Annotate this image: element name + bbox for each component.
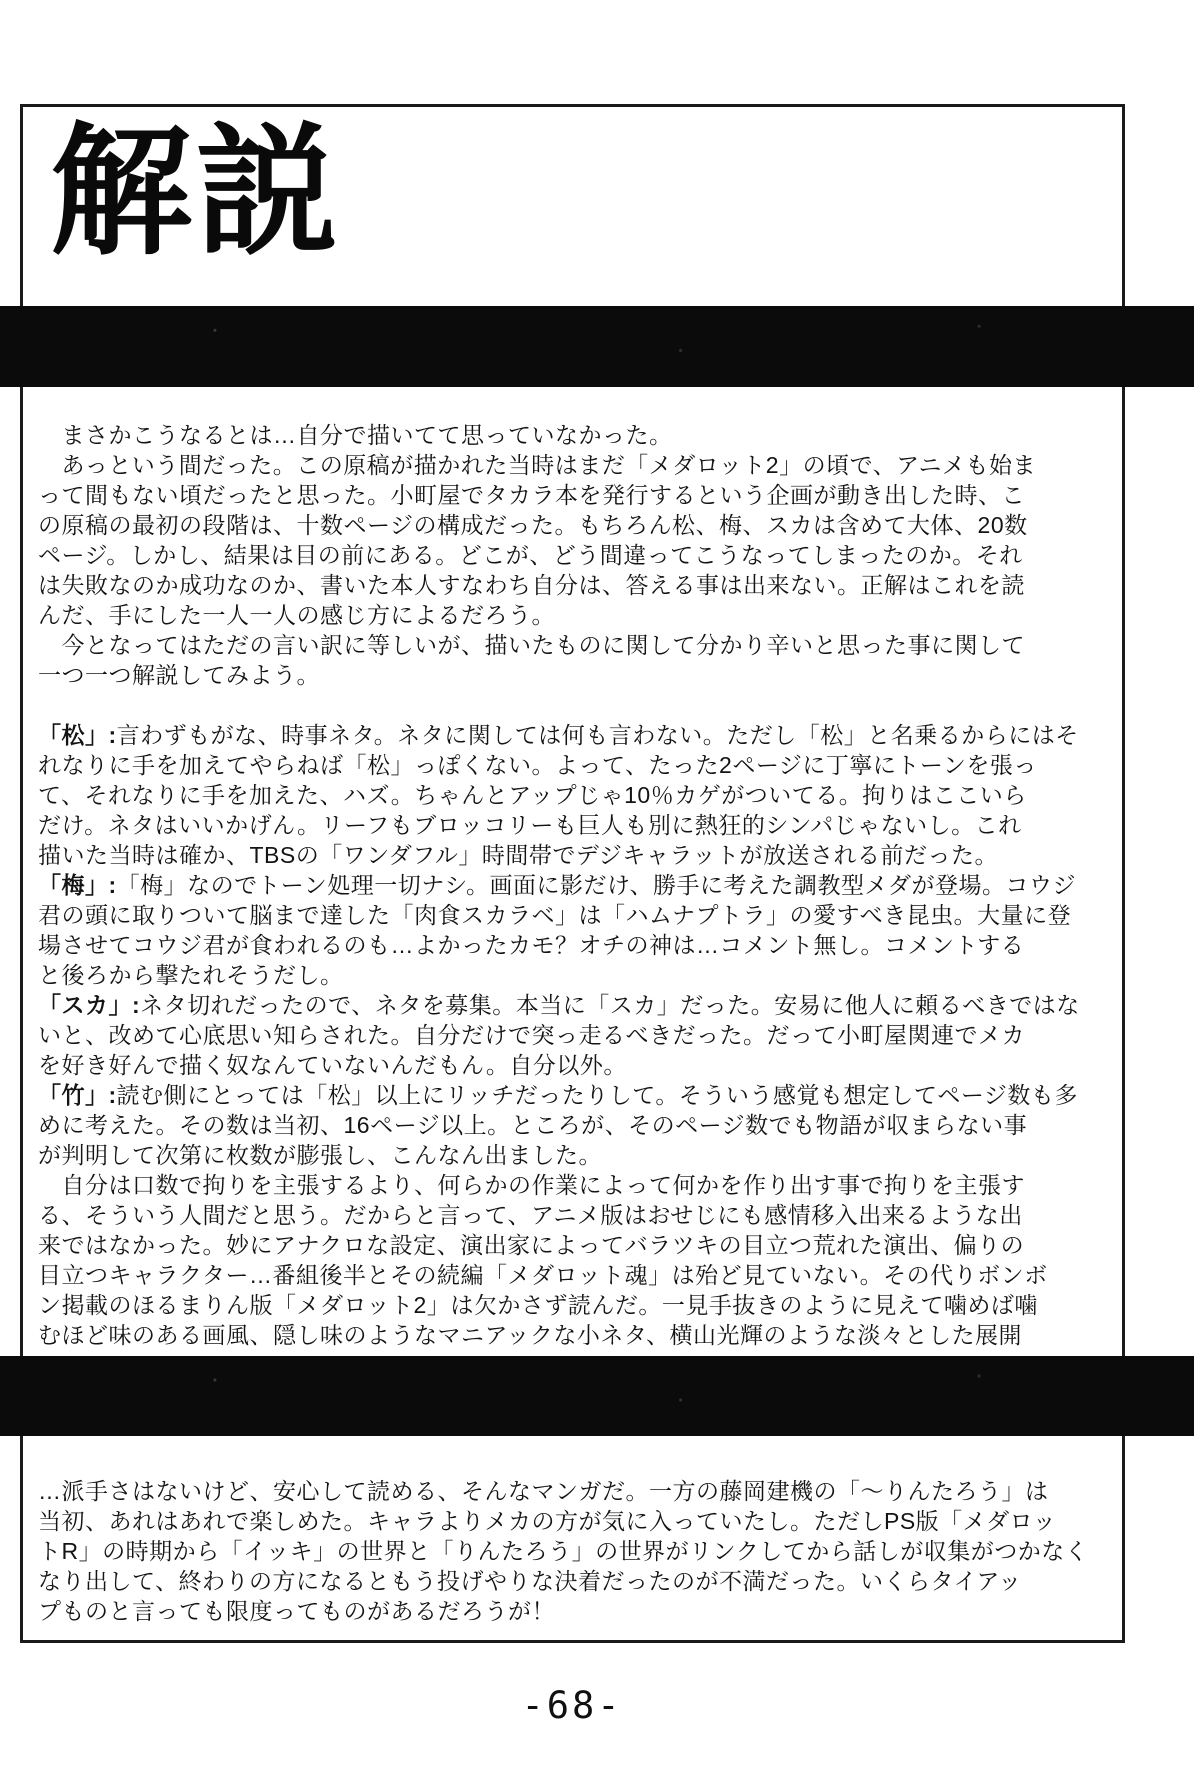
text-line: 場させてコウジ君が食われるのも…よかったカモ？オチの神は…コメント無し。コメント… [38, 930, 1120, 960]
text-line: ページ。しかし、結果は目の前にある。どこが、どう間違ってこうなってしまったのか。… [38, 540, 1120, 570]
text-line: いと、改めて心底思い知らされた。自分だけで突っ走るべきだった。だって小町屋関連で… [38, 1020, 1120, 1050]
commentary-text-block-2: …派手さはないけど、安心して読める、そんなマンガだ。一方の藤岡建機の「〜りんたろ… [38, 1476, 1120, 1626]
text-line: って間もない頃だったと思った。小町屋でタカラ本を発行するという企画が動き出した時… [38, 480, 1120, 510]
text-line: 「竹」:読む側にとっては「松」以上にリッチだったりして。そういう感覚も想定してペ… [38, 1080, 1120, 1110]
divider-bar-top [0, 306, 1194, 387]
text-line: 描いた当時は確か、TBSの「ワンダフル」時間帯でデジキャラットが放送される前だっ… [38, 840, 1120, 870]
text-line: 「松」:言わずもがな、時事ネタ。ネタに関しては何も言わない。ただし「松」と名乗る… [38, 720, 1120, 750]
text-line: 「梅」:「梅」なのでトーン処理一切ナシ。画面に影だけ、勝手に考えた調教型メダが登… [38, 870, 1120, 900]
text-line: ン掲載のほるまりん版「メダロット2」は欠かさず読んだ。一見手抜きのように見えて噛… [38, 1290, 1120, 1320]
section-label: 「松」: [38, 722, 117, 748]
text-line: れなりに手を加えてやらねば「松」っぽくない。よって、たった2ページに丁寧にトーン… [38, 750, 1120, 780]
text-line: あっという間だった。この原稿が描かれた当時はまだ「メダロット2」の頃で、アニメも… [38, 450, 1120, 480]
text-line: と後ろから撃たれそうだし。 [38, 960, 1120, 990]
page-title: 解説 [50, 122, 342, 264]
text-line: を好き好んで描く奴なんていないんだもん。自分以外。 [38, 1050, 1120, 1080]
section-label: 「竹」: [38, 1082, 117, 1108]
text-line: る、そういう人間だと思う。だからと言って、アニメ版はおせじにも感情移入出来るよう… [38, 1200, 1120, 1230]
text-line: 一つ一つ解説してみよう。 [38, 660, 1120, 690]
text-line: トR」の時期から「イッキ」の世界と「りんたろう」の世界がリンクしてから話しが収集… [38, 1536, 1120, 1566]
text-line: 目立つキャラクター…番組後半とその続編「メダロット魂」は殆ど見ていない。その代り… [38, 1260, 1120, 1290]
text-line: 「スカ」:ネタ切れだったので、ネタを募集。本当に「スカ」だった。安易に他人に頼る… [38, 990, 1120, 1020]
text-line: んだ、手にした一人一人の感じ方によるだろう。 [38, 600, 1120, 630]
text-line: …派手さはないけど、安心して読める、そんなマンガだ。一方の藤岡建機の「〜りんたろ… [38, 1476, 1120, 1506]
divider-bar-bottom [0, 1356, 1194, 1436]
text-line: まさかこうなるとは…自分で描いてて思っていなかった。 [38, 420, 1120, 450]
text-line [38, 690, 1120, 720]
commentary-text-block-1: まさかこうなるとは…自分で描いてて思っていなかった。 あっという間だった。この原… [38, 420, 1120, 1350]
text-line: 当初、あれはあれで楽しめた。キャラよりメカの方が気に入っていたし。ただしPS版「… [38, 1506, 1120, 1536]
section-label: 「梅」: [38, 872, 117, 898]
text-line: むほど味のある画風、隠し味のようなマニアックな小ネタ、横山光輝のような淡々とした… [38, 1320, 1120, 1350]
text-line: なり出して、終わりの方になるともう投げやりな決着だったのが不満だった。いくらタイ… [38, 1566, 1120, 1596]
text-line: 自分は口数で拘りを主張するより、何らかの作業によって何かを作り出す事で拘りを主張… [38, 1170, 1120, 1200]
text-line: が判明して次第に枚数が膨張し、こんなん出ました。 [38, 1140, 1120, 1170]
section-label: 「スカ」: [38, 992, 140, 1018]
page-number: -68- [472, 1684, 672, 1727]
text-line: は失敗なのか成功なのか、書いた本人すなわち自分は、答える事は出来ない。正解はこれ… [38, 570, 1120, 600]
text-line: 今となってはただの言い訳に等しいが、描いたものに関して分かり辛いと思った事に関し… [38, 630, 1120, 660]
text-line: 来ではなかった。妙にアナクロな設定、演出家によってバラツキの目立つ荒れた演出、偏… [38, 1230, 1120, 1260]
text-line: プものと言っても限度ってものがあるだろうが！ [38, 1596, 1120, 1626]
text-line: の原稿の最初の段階は、十数ページの構成だった。もちろん松、梅、スカは含めて大体、… [38, 510, 1120, 540]
text-line: だけ。ネタはいいかげん。リーフもブロッコリーも巨人も別に熱狂的シンパじゃないし。… [38, 810, 1120, 840]
text-line: 君の頭に取りついて脳まで達した「肉食スカラベ」は「ハムナプトラ」の愛すべき昆虫。… [38, 900, 1120, 930]
text-line: て、それなりに手を加えた、ハズ。ちゃんとアップじゃ10％カゲがついてる。拘りはこ… [38, 780, 1120, 810]
text-line: めに考えた。その数は当初、16ページ以上。ところが、そのページ数でも物語が収まら… [38, 1110, 1120, 1140]
